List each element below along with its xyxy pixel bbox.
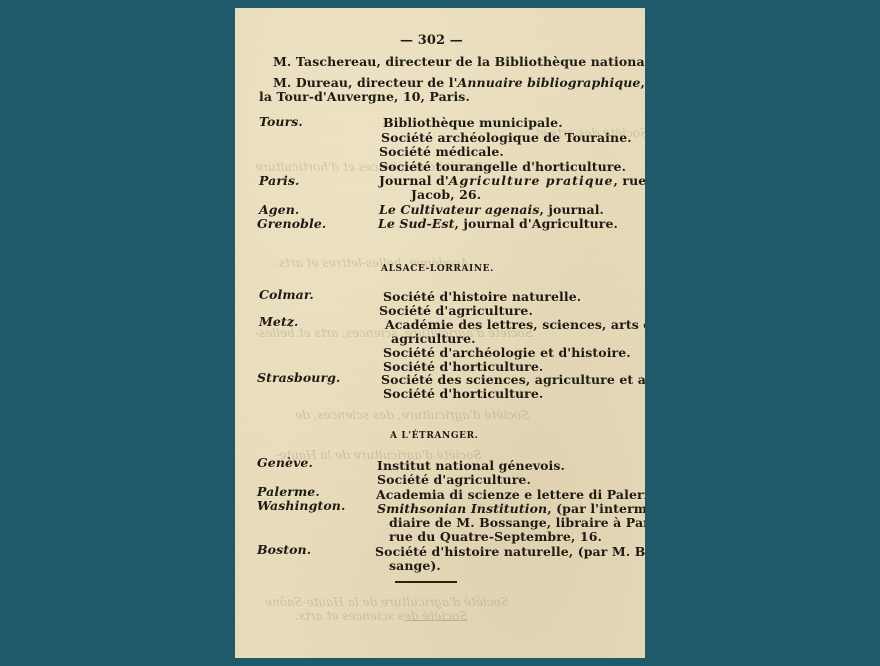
- page-number: — 302 —: [400, 34, 463, 48]
- entry: Société d'agriculture.: [377, 473, 531, 487]
- entry: Jacob, 26.: [411, 188, 481, 202]
- city-paris: Paris.: [259, 174, 300, 188]
- entry: Société archéologique de Touraine.: [381, 131, 632, 145]
- city-agen: Agen.: [259, 203, 299, 217]
- section-heading-alsace-lorraine: ALSACE-LORRAINE.: [381, 262, 494, 276]
- entry: Smithsonian Institution, (par l'intermé-: [377, 502, 645, 516]
- entry: Société d'histoire naturelle.: [383, 290, 581, 304]
- city-geneve: Genève.: [257, 456, 313, 470]
- entry: Journal d'Agriculture pratique, rue: [379, 174, 605, 188]
- end-rule: [395, 581, 457, 583]
- entry: Academia di scienze e lettere di Palermo…: [376, 488, 645, 502]
- entry: Société d'horticulture.: [383, 387, 543, 401]
- entry: agriculture.: [391, 332, 476, 346]
- bleed-through-rule: [405, 620, 467, 621]
- document-page: Poitiers. Société des arts et Société de…: [235, 8, 645, 658]
- city-boston: Boston.: [257, 543, 311, 557]
- city-palerme: Palerme.: [257, 485, 320, 499]
- entry: Société tourangelle d'horticulture.: [379, 160, 626, 174]
- entry: Société d'archéologie et d'histoire.: [383, 346, 631, 360]
- city-strasbourg: Strasbourg.: [257, 371, 340, 385]
- entry: rue du Quatre-Septembre, 16.: [389, 530, 602, 544]
- entry: diaire de M. Bossange, libraire à Paris,: [389, 516, 645, 530]
- section-heading-etranger: A L'ÉTRANGER.: [390, 429, 478, 443]
- bleed-through-text: Société d'agriculture de la Haute-Saône: [265, 595, 509, 609]
- city-washington: Washington.: [257, 499, 345, 513]
- entry: Société des sciences, agriculture et art…: [381, 373, 645, 387]
- entry: Bibliothèque municipale.: [383, 116, 563, 130]
- entry: Le Sud-Est, journal d'Agriculture.: [378, 217, 618, 231]
- intro-line-2: M. Dureau, directeur de l'Annuaire bibli…: [273, 76, 645, 90]
- entry: Société médicale.: [379, 145, 504, 159]
- intro-line-1: M. Taschereau, directeur de la Bibliothè…: [273, 55, 645, 69]
- city-grenoble: Grenoble.: [257, 217, 326, 231]
- entry: Société d'agriculture.: [379, 304, 533, 318]
- city-metz: Metz.: [259, 315, 299, 329]
- city-colmar: Colmar.: [259, 288, 314, 302]
- entry: sange).: [389, 559, 441, 573]
- entry: Le Cultivateur agenais, journal.: [379, 203, 604, 217]
- entry: Société d'histoire naturelle, (par M. Bo…: [375, 545, 645, 559]
- entry: Institut national génevois.: [377, 459, 565, 473]
- bleed-through-text: Société d'agriculture, des sciences, de: [295, 408, 529, 422]
- entry: Académie des lettres, sciences, arts et: [385, 318, 645, 332]
- city-tours: Tours.: [259, 115, 303, 129]
- intro-line-3: la Tour-d'Auvergne, 10, Paris.: [259, 90, 470, 104]
